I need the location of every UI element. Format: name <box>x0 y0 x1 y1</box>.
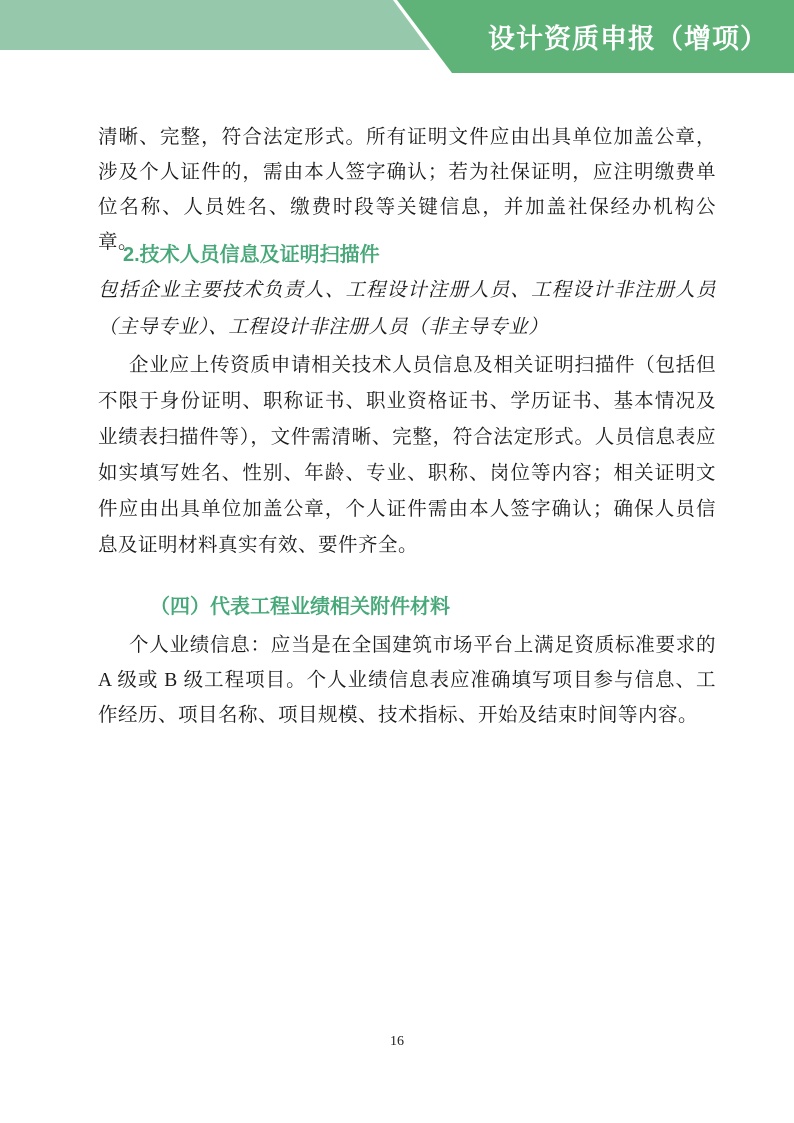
document-page: 设计资质申报（增项） 清晰、完整，符合法定形式。所有证明文件应由出具单位加盖公章… <box>0 0 794 1123</box>
paragraph-technical-personnel-upload: 企业应上传资质申请相关技术人员信息及相关证明扫描件（包括但不限于身份证明、职称证… <box>98 348 716 564</box>
paragraph-personal-performance: 个人业绩信息：应当是在全国建筑市场平台上满足资质标准要求的 A 级或 B 级工程… <box>98 628 716 733</box>
heading-section-four-project-performance: （四）代表工程业绩相关附件材料 <box>98 594 768 620</box>
banner-light-band <box>0 0 435 50</box>
heading-technical-personnel: 2.技术人员信息及证明扫描件 <box>98 242 741 268</box>
note-personnel-scope: 包括企业主要技术负责人、工程设计注册人员、工程设计非注册人员（主导专业）、工程设… <box>98 272 716 346</box>
page-number: 16 <box>0 1034 794 1050</box>
paragraph-certificate-requirements: 清晰、完整，符合法定形式。所有证明文件应由出具单位加盖公章，涉及个人证件的，需由… <box>98 120 716 260</box>
header-banner: 设计资质申报（增项） <box>0 0 794 73</box>
document-title: 设计资质申报（增项） <box>488 17 768 56</box>
